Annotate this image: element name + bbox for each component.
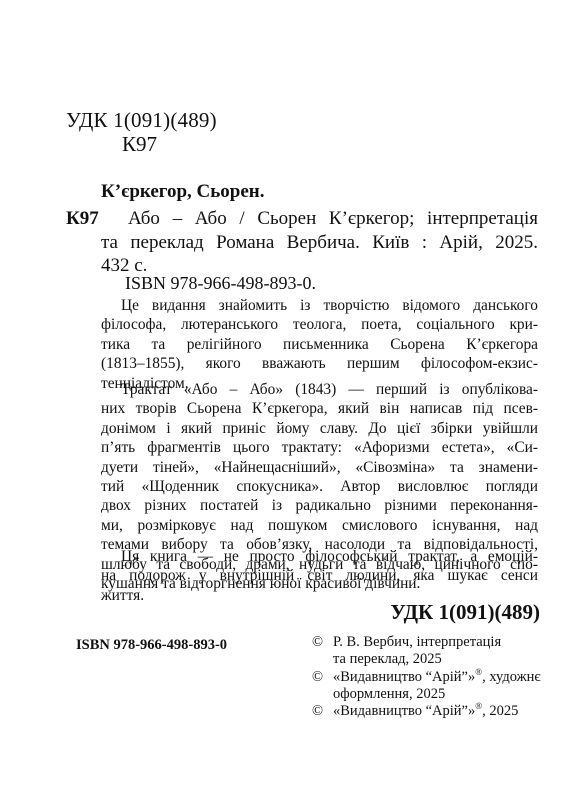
annotation-line: (1813–1855), якого вважають першим філос…: [101, 354, 538, 373]
copyright-line: «Видавництво “Арій”»®, 2025: [333, 703, 518, 720]
copyright-icon: ©: [312, 703, 326, 720]
annotation-line: Трактат «Або – Або» (1843) — перший із о…: [101, 380, 538, 399]
copyright-line: «Видавництво “Арій”»®, художнє: [333, 669, 541, 686]
udk-code-bottom: УДК 1(091)(489): [390, 600, 540, 624]
annotation-line: на подорож у внутрішній світ людини, яка…: [101, 566, 538, 585]
annotation-line: ми, розмірковує над пошуком смислового і…: [101, 516, 538, 535]
annotation-paragraph-1: Це видання знайомить із творчістю відомо…: [101, 296, 538, 393]
author-mark-card: К97: [66, 207, 99, 231]
annotation-line: п’ять фрагментів цього трактату: «Афориз…: [101, 438, 538, 457]
publisher-name: «Видавництво “Арій”»: [333, 669, 475, 685]
annotation-line: тика та релігійного письменника Сьорена …: [101, 335, 538, 354]
author-mark-top: К97: [122, 132, 157, 156]
annotation-line: двох різних постатей із радикально різни…: [101, 496, 538, 515]
annotation-line: донімом і який приніс йому славу. До ціє…: [101, 419, 538, 438]
publisher-name: «Видавництво “Арій”»: [333, 703, 475, 719]
annotation-line: Ця книга — не просто філософський тракта…: [101, 547, 538, 566]
catalog-title-line: Або – Або / Сьорен К’єркегор; інтерпрета…: [128, 207, 538, 231]
copyright-line: та переклад, 2025: [333, 651, 501, 668]
copyright-line-tail: , художнє: [482, 669, 541, 685]
copyright-line-tail: , 2025: [482, 703, 518, 719]
annotation-line: них творів Сьорена К’єркегора, який він …: [101, 399, 538, 418]
copyright-line: оформлення, 2025: [333, 686, 541, 703]
copyright-line: Р. В. Вербич, інтерпретація: [333, 634, 501, 651]
copyright-icon: ©: [312, 669, 326, 686]
udk-code-top: УДК 1(091)(489): [66, 108, 217, 132]
isbn-catalog: ISBN 978-966-498-893-0.: [125, 271, 316, 295]
catalog-publisher-line: та переклад Романа Вербича. Київ : Арій,…: [101, 231, 538, 255]
annotation-line: тий «Щоденник спокусника». Автор висловл…: [101, 477, 538, 496]
annotation-paragraph-3: Ця книга — не просто філософський тракта…: [101, 547, 538, 605]
annotation-line: дуети тіней», «Найнещасніший», «Сівозмін…: [101, 458, 538, 477]
annotation-line: Це видання знайомить із творчістю відомо…: [101, 296, 538, 315]
author-heading: К’єркегор, Сьорен.: [101, 180, 264, 204]
annotation-line: філософа, лютеранського теолога, поета, …: [101, 315, 538, 334]
copyright-icon: ©: [312, 634, 326, 651]
isbn-bottom: ISBN 978-966-498-893-0: [76, 635, 227, 655]
